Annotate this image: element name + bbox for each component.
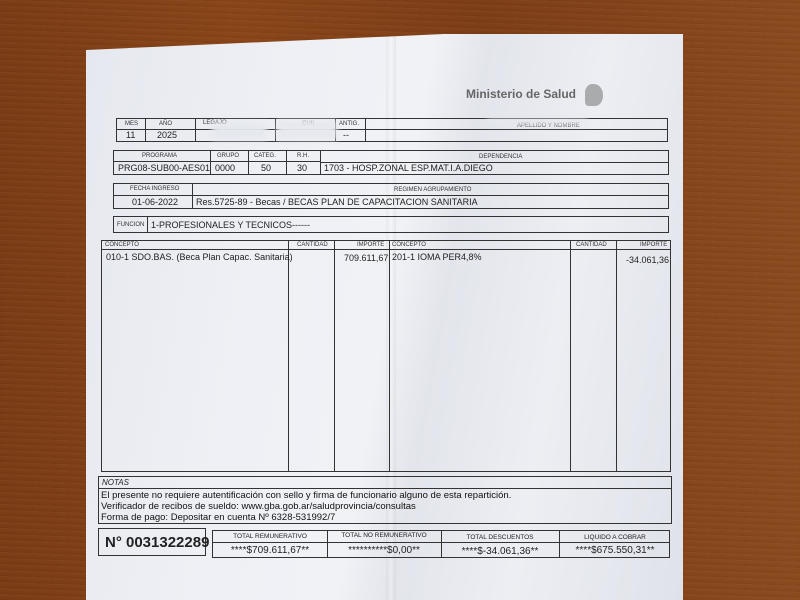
redacted-cuil: [277, 120, 337, 140]
regime-row: FECHA INGRESO REGIMEN AGRUPAMIENTO 01-06…: [113, 183, 669, 209]
notes-line-3: Forma de pago: Depositar en cuenta Nº 63…: [101, 512, 335, 523]
concept-left-name: 010-1 SDO.BAS. (Beca Plan Capac. Sanitar…: [106, 252, 293, 262]
funcion-label: FUNCION: [117, 222, 144, 228]
employee-row: MES AÑO LEGAJO CUIL ANTIG. APELLIDO Y NO…: [116, 118, 668, 142]
concepto-header-left: CONCEPTO: [105, 242, 139, 248]
regimen-value: Res.5725-89 - Becas / BECAS PLAN DE CAPA…: [196, 197, 478, 207]
notes-line-2: Verificador de recibos de sueldo: www.gb…: [101, 501, 416, 512]
total-no-remunerativo-value: **********$0,00**: [327, 545, 441, 556]
programa-value: PRG08-SUB00-AES01: [118, 163, 210, 173]
anio-label: AÑO: [159, 121, 172, 127]
mes-value: 11: [126, 130, 135, 140]
position-row: PROGRAMA GRUPO CATEG. R.H. DEPENDENCIA P…: [113, 150, 669, 175]
dependencia-value: 1703 - HOSP.ZONAL ESP.MAT.I.A.DIEGO: [324, 163, 493, 173]
concepts-table: CONCEPTO CANTIDAD IMPORTE CONCEPTO CANTI…: [101, 240, 671, 472]
cantidad-header-left: CANTIDAD: [297, 242, 328, 248]
receipt-number: N° 0031322289: [105, 534, 209, 551]
funcion-value: 1-PROFESIONALES Y TECNICOS------: [151, 220, 310, 230]
rh-value: 30: [297, 163, 307, 173]
programa-label: PROGRAMA: [142, 153, 177, 159]
rh-label: R.H.: [297, 153, 309, 159]
notes-line-1: El presente no requiere autentificación …: [101, 490, 511, 501]
concept-right-name: 201-1 IOMA PER4,8%: [392, 252, 482, 262]
cantidad-header-right: CANTIDAD: [576, 242, 607, 248]
mes-label: MES: [125, 121, 138, 127]
redacted-legajo: [212, 122, 267, 140]
fecha-ingreso-label: FECHA INGRESO: [130, 186, 179, 192]
grupo-label: GRUPO: [217, 153, 239, 159]
totals-table: TOTAL REMUNERATIVO TOTAL NO REMUNERATIVO…: [212, 530, 670, 558]
regimen-label: REGIMEN AGRUPAMIENTO: [394, 187, 471, 193]
liquido-a-cobrar-label: LIQUIDO A COBRAR: [559, 534, 671, 541]
total-no-remunerativo-label: TOTAL NO REMUNERATIVO: [327, 532, 441, 539]
total-remunerativo-value: ****$709.611,67**: [213, 545, 327, 556]
categ-label: CATEG.: [254, 153, 276, 159]
notes-box: NOTAS El presente no requiere autentific…: [98, 476, 672, 524]
total-descuentos-value: ****$-34.061,36**: [441, 546, 559, 557]
total-descuentos-label: TOTAL DESCUENTOS: [441, 534, 559, 541]
concept-right-amount: -34.061,36: [626, 255, 669, 265]
grupo-value: 0000: [215, 163, 235, 173]
notes-label: NOTAS: [102, 478, 129, 487]
concepto-header-right: CONCEPTO: [392, 242, 426, 248]
importe-header-right: IMPORTE: [640, 242, 667, 248]
categ-value: 50: [261, 163, 271, 173]
receipt-number-box: N° 0031322289: [98, 528, 206, 556]
concept-left-amount: 709.611,67: [344, 253, 388, 263]
antig-value: --: [343, 130, 349, 140]
fecha-ingreso-value: 01-06-2022: [132, 197, 178, 207]
anio-value: 2025: [157, 130, 177, 140]
redacted-name: [487, 119, 587, 125]
liquido-a-cobrar-value: ****$675.550,31**: [559, 545, 671, 556]
pay-slip-paper: Ministerio de Salud MES AÑO LEGAJO CUIL …: [86, 34, 683, 600]
funcion-row: FUNCION 1-PROFESIONALES Y TECNICOS------: [113, 216, 669, 233]
province-logo-icon: [585, 84, 603, 106]
total-remunerativo-label: TOTAL REMUNERATIVO: [213, 533, 327, 540]
antig-label: ANTIG.: [339, 121, 359, 127]
ministry-title: Ministerio de Salud: [466, 87, 576, 101]
dependencia-label: DEPENDENCIA: [479, 154, 522, 160]
importe-header-left: IMPORTE: [357, 242, 384, 248]
